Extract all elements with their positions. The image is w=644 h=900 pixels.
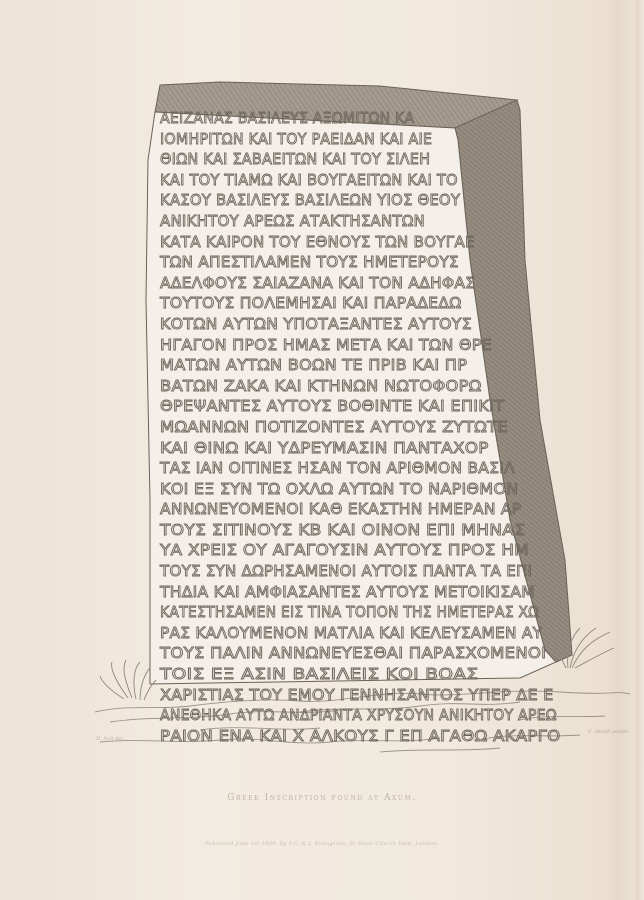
artist-credit-left: H. Salt del. [96,736,125,742]
inscription-line: ΗΓΑΓΟΝ ΠΡΟΣ ΗΜΑΣ ΜΕΤΑ ΚΑΙ ΤΩΝ ΘΡΕ [160,335,494,356]
inscription-line: ΚΟΙ ΕΞ ΣΥΝ ΤΩ ΟΧΛΩ ΑΥΤΩΝ ΤΟ ΝΑΡΙΘΜΟΝ [160,479,494,500]
inscription-line: ΤΑΣ ΙΑΝ ΟΙΤΙΝΕΣ ΗΣΑΝ ΤΟΝ ΑΡΙΘΜΟΝ ΒΑΣΙΛ [160,458,484,479]
inscription-line: ΤΩΝ ΑΠΕΣΤΙΛΑΜΕΝ ΤΟΥΣ ΗΜΕΤΕΡΟΥΣ [160,252,480,273]
inscription-line: ΒΑΤΩΝ ΖΑΚΑ ΚΑΙ ΚΤΗΝΩΝ ΝΩΤΟΦΟΡΩ [160,376,501,397]
inscription-line: ΙΟΜΗΡΙΤΩΝ ΚΑΙ ΤΟΥ ΡΑΕΙΔΑΝ ΚΑΙ ΑΙΕ [160,129,459,150]
inscription-line: ΚΑΤΕΣΤΗΣΑΜΕΝ ΕΙΣ ΤΙΝΑ ΤΟΠΟΝ ΤΗΣ ΗΜΕΤΕΡΑΣ… [160,602,452,623]
inscription-line: ΚΑΙ ΤΟΥ ΤΙΑΜΩ ΚΑΙ ΒΟΥΓΑΕΙΤΩΝ ΚΑΙ ΤΟ [160,170,466,191]
plate-caption: Greek Inscription found at Axum. [0,793,644,803]
inscription-line: ΚΑΙ ΘΙΝΩ ΚΑΙ ΥΔΡΕΥΜΑΣΙΝ ΠΑΝΤΑΧΟΡ [160,438,511,459]
inscription-line: ΜΩΑΝΝΩΝ ΠΟΤΙΖΟΝΤΕΣ ΑΥΤΟΥΣ ΖΥΤΩΤΕ [160,417,503,438]
inscription-line: ΡΑΣ ΚΑΛΟΥΜΕΝΟΝ ΜΑΤΛΙΑ ΚΑΙ ΚΕΛΕΥΣΑΜΕΝ ΑΥ [160,623,481,644]
inscription-line: ΑΝΙΚΗΤΟΥ ΑΡΕΩΣ ΑΤΑΚΤΗΣΑΝΤΩΝ [160,211,473,232]
inscription-line: ΚΟΤΩΝ ΑΥΤΩΝ ΥΠΟΤΑΞΑΝΤΕΣ ΑΥΤΟΥΣ [160,314,490,335]
inscription-line: ΡΑΙΟΝ ΕΝΑ ΚΑΙ Χ ΑΛΚΟΥΣ Γ ΕΠ ΑΓΑΘΩ ΑΚΑΡΓΟ [160,726,507,747]
inscription-line: ΤΟΙΣ ΕΞ ΑΣΙΝ ΒΑΣΙΛΕΙΣ ΚΟΙ ΒΟΑΣ [160,664,550,685]
inscription-line: ΚΑΣΟΥ ΒΑΣΙΛΕΥΣ ΒΑΣΙΛΕΩΝ ΥΙΟΣ ΘΕΟΥ [160,190,469,211]
inscription-line: ΤΟΥΤΟΥΣ ΠΟΛΕΜΗΣΑΙ ΚΑΙ ΠΑΡΑΔΕΔΩ [160,293,487,314]
inscription-line: ΘΡΕΨΑΝΤΕΣ ΑΥΤΟΥΣ ΒΟΘΙΝΤΕ ΚΑΙ ΕΠΙΚΙΤ [160,396,498,417]
inscription-line: ΘΙΩΝ ΚΑΙ ΣΑΒΑΕΙΤΩΝ ΚΑΙ ΤΟΥ ΣΙΛΕΗ [160,149,462,170]
inscription-line: ΚΑΤΑ ΚΑΙΡΟΝ ΤΟΥ ΕΘΝΟΥΣ ΤΩΝ ΒΟΥΓΑΕ [160,232,476,253]
inscription-line: ΑΝΝΩΝΕΥΟΜΕΝΟΙ ΚΑΘ ΕΚΑΣΤΗΝ ΗΜΕΡΑΝ ΑΡ [160,499,484,520]
inscription-line: ΑΝΕΘΗΚΑ ΑΥΤΩ ΑΝΔΡΙΑΝΤΑ ΧΡΥΣΟΥΝ ΑΝΙΚΗΤΟΥ … [160,705,454,726]
inscription-line: ΤΟΥΣ ΣΥΝ ΔΩΡΗΣΑΜΕΝΟΙ ΑΥΤΟΙΣ ΠΑΝΤΑ ΤΑ ΕΠΙ [160,561,475,582]
grass-tuft-left [100,660,156,700]
publisher-line: Published June 1st 1809, by F.C. & J. Ri… [0,841,644,847]
inscription-line: ΤΗΔΙΑ ΚΑΙ ΑΜΦΙΑΣΑΝΤΕΣ ΑΥΤΟΥΣ ΜΕΤΟΙΚΙΣΑΜ [160,582,486,603]
inscription-line: ΧΑΡΙΣΤΙΑΣ ΤΟΥ ΕΜΟΥ ΓΕΝΝΗΣΑΝΤΟΣ ΥΠΕΡ ΔΕ Ε [160,685,494,706]
inscription-line: ΑΔΕΛΦΟΥΣ ΣΑΙΑΖΑΝΑ ΚΑΙ ΤΟΝ ΑΔΗΦΑΣ [160,273,483,294]
inscription-line: ΤΟΥΣ ΠΑΛΙΝ ΑΝΝΩΝΕΥΕΣΘΑΙ ΠΑΡΑΣΧΟΜΕΝΟΙ [160,643,504,664]
engraver-credit-right: C. Heath sculpt. [588,729,629,735]
inscription-line: ΑΕΙΖΑΝΑΣ ΒΑΣΙΛΕΥΣ ΑΞΩΜΙΤΩΝ ΚΑ [160,108,455,129]
inscription-line: ΥΑ ΧΡΕΙΣ ΟΥ ΑΓΑΓΟΥΣΙΝ ΑΥΤΟΥΣ ΠΡΟΣ ΗΜ [160,540,512,561]
greek-inscription: ΑΕΙΖΑΝΑΣ ΒΑΣΙΛΕΥΣ ΑΞΩΜΙΤΩΝ ΚΑ ΙΟΜΗΡΙΤΩΝ … [160,108,480,746]
inscription-line: ΜΑΤΩΝ ΑΥΤΩΝ ΒΟΩΝ ΤΕ ΠΡΙΒ ΚΑΙ ΠΡ [160,355,497,376]
inscription-line: ΤΟΥΣ ΣΙΤΙΝΟΥΣ ΚΒ ΚΑΙ ΟΙΝΟΝ ΕΠΙ ΜΗΝΑΣ [160,520,516,541]
